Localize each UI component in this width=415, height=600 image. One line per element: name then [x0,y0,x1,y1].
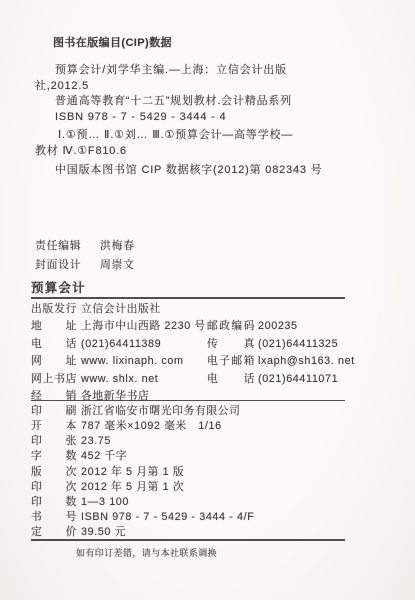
cip-line-series: 普通高等教育“十二五”规划教材.会计精品系列 [0,94,395,110]
mid-divider [31,400,345,401]
colophon-label-right: 电子邮箱 [207,355,255,368]
colophon-value-right: 200235 [258,320,298,332]
printing-row: 开本787 毫米×1092 毫米 1/16 [31,420,361,435]
cip-line-publisher-wrap: 社,2012.5 [0,79,395,95]
printing-value: 2012 年 5 月第 1 次 [81,481,184,493]
printing-label: 开本 [31,420,77,433]
credit-label: 封面设计 [35,257,100,272]
printing-value: 23.75 [81,435,111,447]
colophon-label: 网上书店 [31,373,77,386]
printing-value: 1—3 100 [81,496,129,508]
book-copyright-page: 图书在版编目(CIP)数据 预算会计/刘学华主编.—上海：立信会计出版 社,20… [0,0,415,600]
printing-label: 版次 [31,466,77,479]
cip-section: 图书在版编目(CIP)数据 预算会计/刘学华主编.—上海：立信会计出版 社,20… [0,36,395,179]
printing-row: 印数1—3 100 [31,496,361,511]
printing-value: ISBN 978 - 7 - 5429 - 3444 - 4/F [81,511,254,523]
colophon-label: 网址 [31,355,77,368]
credit-value: 洪梅春 [100,240,135,252]
publisher-section: 出版发行立信会计出版社 地址上海市中山西路 2230 号 邮政编码200235 … [31,303,361,407]
printing-value: 787 毫米×1092 毫米 1/16 [81,420,222,432]
printing-label: 字数 [31,450,77,463]
book-title: 预算会计 [31,278,86,296]
cip-line-isbn: ISBN 978 - 7 - 5429 - 3444 - 4 [0,110,395,126]
credits-section: 责任编辑洪梅春 封面设计周崇文 [35,238,135,276]
colophon-label: 电话 [31,338,77,351]
colophon-value: (021)64411389 [81,338,161,350]
colophon-value: www. lixinaph. com [81,355,184,367]
credit-value: 周崇文 [100,259,135,271]
printing-value: 2012 年 5 月第 1 版 [81,466,184,478]
printing-row: 字数452 千字 [31,450,361,465]
cip-line-classification-wrap: 教材 Ⅳ.①F810.6 [0,144,395,160]
colophon-label-right: 邮政编码 [207,320,255,333]
colophon-row: 地址上海市中山西路 2230 号 邮政编码200235 [31,320,361,337]
colophon-value-right: lxaph@sh163. net [258,355,355,367]
printing-value: 39.50 元 [81,526,126,538]
printing-value: 浙江省临安市曙光印务有限公司 [81,405,241,417]
colophon-value: www. shlx. net [81,373,158,385]
printing-label: 印张 [31,435,77,448]
printing-row: 印次2012 年 5 月第 1 次 [31,481,361,496]
cip-line-title-author: 预算会计/刘学华主编.—上海：立信会计出版 [0,63,395,79]
printing-row: 印刷浙江省临安市曙光印务有限公司 [31,405,361,420]
cip-heading: 图书在版编目(CIP)数据 [0,36,395,52]
printing-row: 书号ISBN 978 - 7 - 5429 - 3444 - 4/F [31,511,361,526]
printing-label: 书号 [31,511,77,524]
printing-row: 印张23.75 [31,435,361,450]
colophon-value-right: (021)64411071 [258,373,338,385]
printing-label: 印刷 [31,405,77,418]
colophon-row: 网上书店www. shlx. net 电话(021)64411071 [31,373,361,390]
colophon-label-right: 传真 [207,338,255,351]
credit-row-editor: 责任编辑洪梅春 [35,238,135,257]
bottom-divider [31,539,345,541]
printing-label: 印数 [31,496,77,509]
colophon-row: 电话(021)64411389 传真(021)64411325 [31,338,361,355]
printing-label: 印次 [31,481,77,494]
colophon-row: 网址www. lixinaph. com 电子邮箱lxaph@sh163. ne… [31,355,361,372]
colophon-value: 立信会计出版社 [81,303,161,315]
colophon-value-right: (021)64411325 [258,338,338,350]
colophon-label-right: 电话 [207,373,255,386]
printing-section: 印刷浙江省临安市曙光印务有限公司 开本787 毫米×1092 毫米 1/16 印… [31,405,361,541]
colophon-label: 地址 [31,320,77,333]
cip-record-number: 中国版本图书馆 CIP 数据核字(2012)第 082343 号 [0,163,395,179]
colophon-value: 上海市中山西路 2230 号 [81,320,206,332]
printing-label: 定价 [31,526,77,539]
colophon-label: 出版发行 [31,303,77,316]
credit-row-cover-design: 封面设计周崇文 [35,257,135,276]
credit-label: 责任编辑 [35,238,100,253]
footer-note: 如有印订差错，请与本社联系调换 [76,546,217,559]
colophon-row: 出版发行立信会计出版社 [31,303,361,320]
printing-row: 版次2012 年 5 月第 1 版 [31,466,361,481]
title-divider [31,297,345,299]
printing-value: 452 千字 [81,450,127,462]
cip-line-classification: Ⅰ.①预… Ⅱ.①刘… Ⅲ.①预算会计—高等学校— [0,128,395,144]
